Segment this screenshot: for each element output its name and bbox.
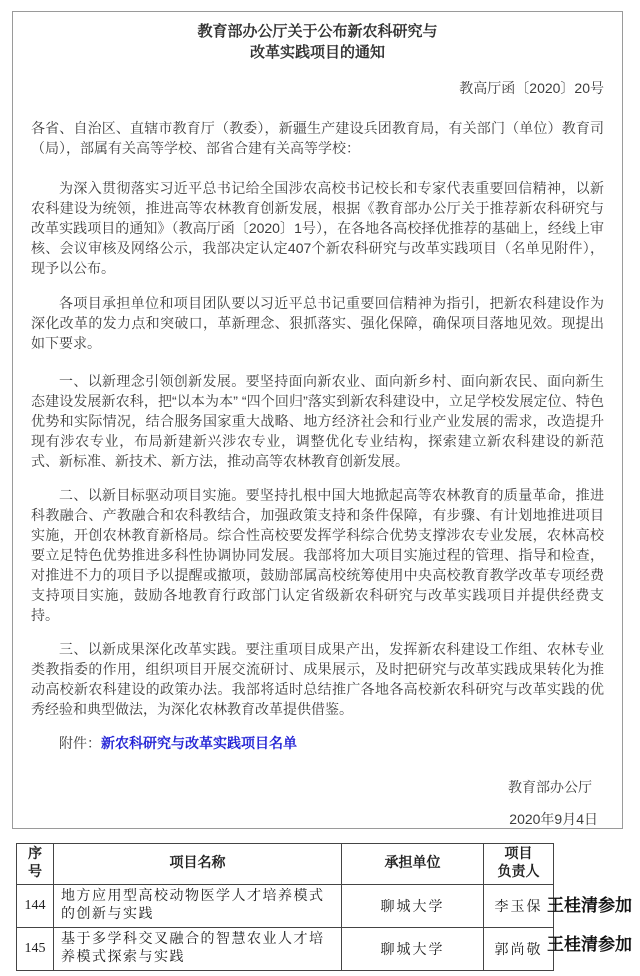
col-header-no: 序 号 [17,844,54,885]
table-row-144: 144 地方应用型高校动物医学人才培养模式的创新与实践 聊城大学 李玉保 [17,885,554,928]
cell-no: 144 [17,885,54,928]
document-number: 教高厅函〔2020〕20号 [31,78,604,98]
paragraph-section-1: 一、以新理念引领创新发展。要坚持面向新农业、面向新乡村、面向新农民、面向新生态建… [31,371,604,471]
document-title-line1: 教育部办公厅关于公布新农科研究与 [31,21,604,42]
salutation: 各省、自治区、直辖市教育厅（教委），新疆生产建设兵团教育局，有关部门（单位）教育… [31,118,604,158]
cell-leader: 李玉保 [484,885,554,928]
table-row-145: 145 基于多学科交叉融合的智慧农业人才培养模式探索与实践 聊城大学 郭尚敬 [17,928,554,971]
cell-no: 145 [17,928,54,971]
paragraph-intro: 为深入贯彻落实习近平总书记给全国涉农高校书记校长和专家代表重要回信精神，以新农科… [31,178,604,278]
notice-document: 教育部办公厅关于公布新农科研究与 改革实践项目的通知 教高厅函〔2020〕20号… [12,11,623,829]
page: 教育部办公厅关于公布新农科研究与 改革实践项目的通知 教高厅函〔2020〕20号… [0,0,640,976]
paragraph-section-2: 二、以新目标驱动项目实施。要坚持扎根中国大地掀起高等农林教育的质量革命，推进科教… [31,485,604,625]
project-table: 序 号 项目名称 承担单位 项目 负责人 144 地方应用型高校动物医学人才培养… [16,843,554,971]
cell-unit: 聊城大学 [342,885,484,928]
attachment-line: 附件：新农科研究与改革实践项目名单 [31,733,604,753]
document-title: 教育部办公厅关于公布新农科研究与 改革实践项目的通知 [31,21,604,63]
attachment-link[interactable]: 新农科研究与改革实践项目名单 [101,735,297,751]
col-header-leader: 项目 负责人 [484,844,554,885]
issue-date: 2020年9月4日 [31,809,604,829]
cell-project-name: 基于多学科交叉融合的智慧农业人才培养模式探索与实践 [54,928,342,971]
table-header-row: 序 号 项目名称 承担单位 项目 负责人 [17,844,554,885]
cell-unit: 聊城大学 [342,928,484,971]
paragraph-requirements: 各项目承担单位和项目团队要以习近平总书记重要回信精神为指引，把新农科建设作为深化… [31,293,604,353]
project-table-wrap: 序 号 项目名称 承担单位 项目 负责人 144 地方应用型高校动物医学人才培养… [16,843,640,973]
issuer: 教育部办公厅 [31,777,604,797]
attachment-label: 附件： [59,735,101,751]
handwritten-annotation-row-145: 王桂清参加 [547,930,640,955]
paragraph-section-3: 三、以新成果深化改革实践。要注重项目成果产出，发挥新农科建设工作组、农林专业类教… [31,639,604,719]
document-title-line2: 改革实践项目的通知 [31,42,604,63]
handwritten-annotation-row-144: 王桂清参加 [547,891,640,916]
cell-project-name: 地方应用型高校动物医学人才培养模式的创新与实践 [54,885,342,928]
col-header-project-name: 项目名称 [54,844,342,885]
col-header-unit: 承担单位 [342,844,484,885]
cell-leader: 郭尚敬 [484,928,554,971]
